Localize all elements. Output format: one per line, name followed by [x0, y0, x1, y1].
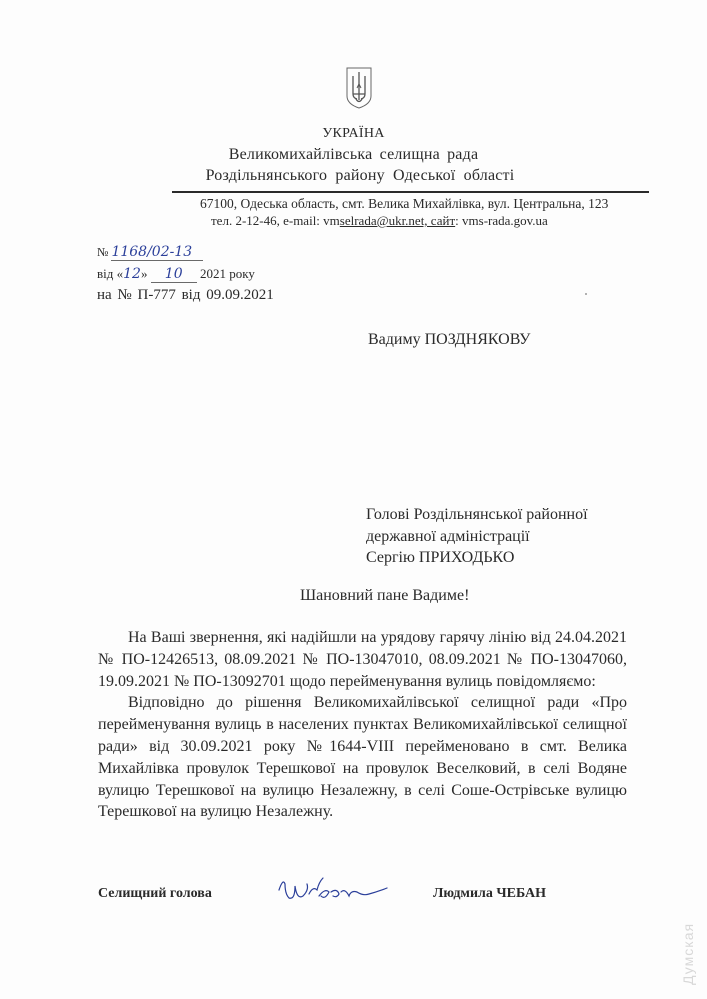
contacts-prefix: тел. 2-12-46, e-mail: vm — [211, 213, 340, 228]
outgoing-date: від «12» 10 2021 року — [97, 266, 255, 283]
contacts-suffix: : vms-rada.gov.ua — [455, 213, 548, 228]
organization-name: Великомихайлівська селищна рада — [0, 146, 707, 164]
body-paragraph: На Ваші звернення, які надійшли на урядо… — [98, 627, 627, 692]
organization-address: 67100, Одеська область, смт. Велика Миха… — [200, 196, 608, 212]
email-link[interactable]: selrada@ukr.net, сайт — [340, 213, 455, 228]
signatory-name: Людмила ЧЕБАН — [433, 886, 546, 902]
trident-coat-of-arms-icon — [345, 66, 373, 110]
scan-speck — [585, 293, 587, 295]
watermark: Думская — [672, 885, 702, 985]
number-value: 1168/02-13 — [111, 244, 203, 261]
addressee-line: Голові Роздільнянської районної — [366, 504, 666, 526]
greeting: Шановний пане Вадиме! — [300, 587, 469, 605]
date-prefix: від « — [97, 266, 123, 281]
date-year: 2021 року — [200, 266, 255, 281]
addressee-line: державної адміністрації — [366, 526, 666, 548]
date-day: 12 — [123, 266, 141, 282]
addressee-line: Сергію ПРИХОДЬКО — [366, 547, 666, 569]
signatory-title: Селищний голова — [98, 886, 212, 902]
organization-district: Роздільнянського району Одеської області — [0, 167, 707, 185]
primary-addressee: Вадиму ПОЗДНЯКОВУ — [368, 331, 530, 349]
scan-speck — [620, 708, 622, 710]
outgoing-number: № 1168/02-13 — [97, 244, 203, 261]
header-divider — [172, 191, 649, 193]
letter-body: На Ваші звернення, які надійшли на урядо… — [98, 627, 627, 823]
watermark-text: Думская — [680, 923, 696, 985]
secondary-addressee: Голові Роздільнянської районної державно… — [366, 504, 666, 569]
date-mid: » — [141, 266, 148, 281]
number-label: № — [97, 245, 108, 259]
country-name: УКРАЇНА — [0, 126, 707, 142]
organization-contacts: тел. 2-12-46, e-mail: vmselrada@ukr.net,… — [211, 213, 548, 229]
body-paragraph: Відповідно до рішення Великомихайлівсько… — [98, 692, 627, 823]
date-month: 10 — [151, 266, 197, 283]
reference-number: на № П-777 від 09.09.2021 — [97, 287, 274, 304]
handwritten-signature — [273, 870, 393, 910]
